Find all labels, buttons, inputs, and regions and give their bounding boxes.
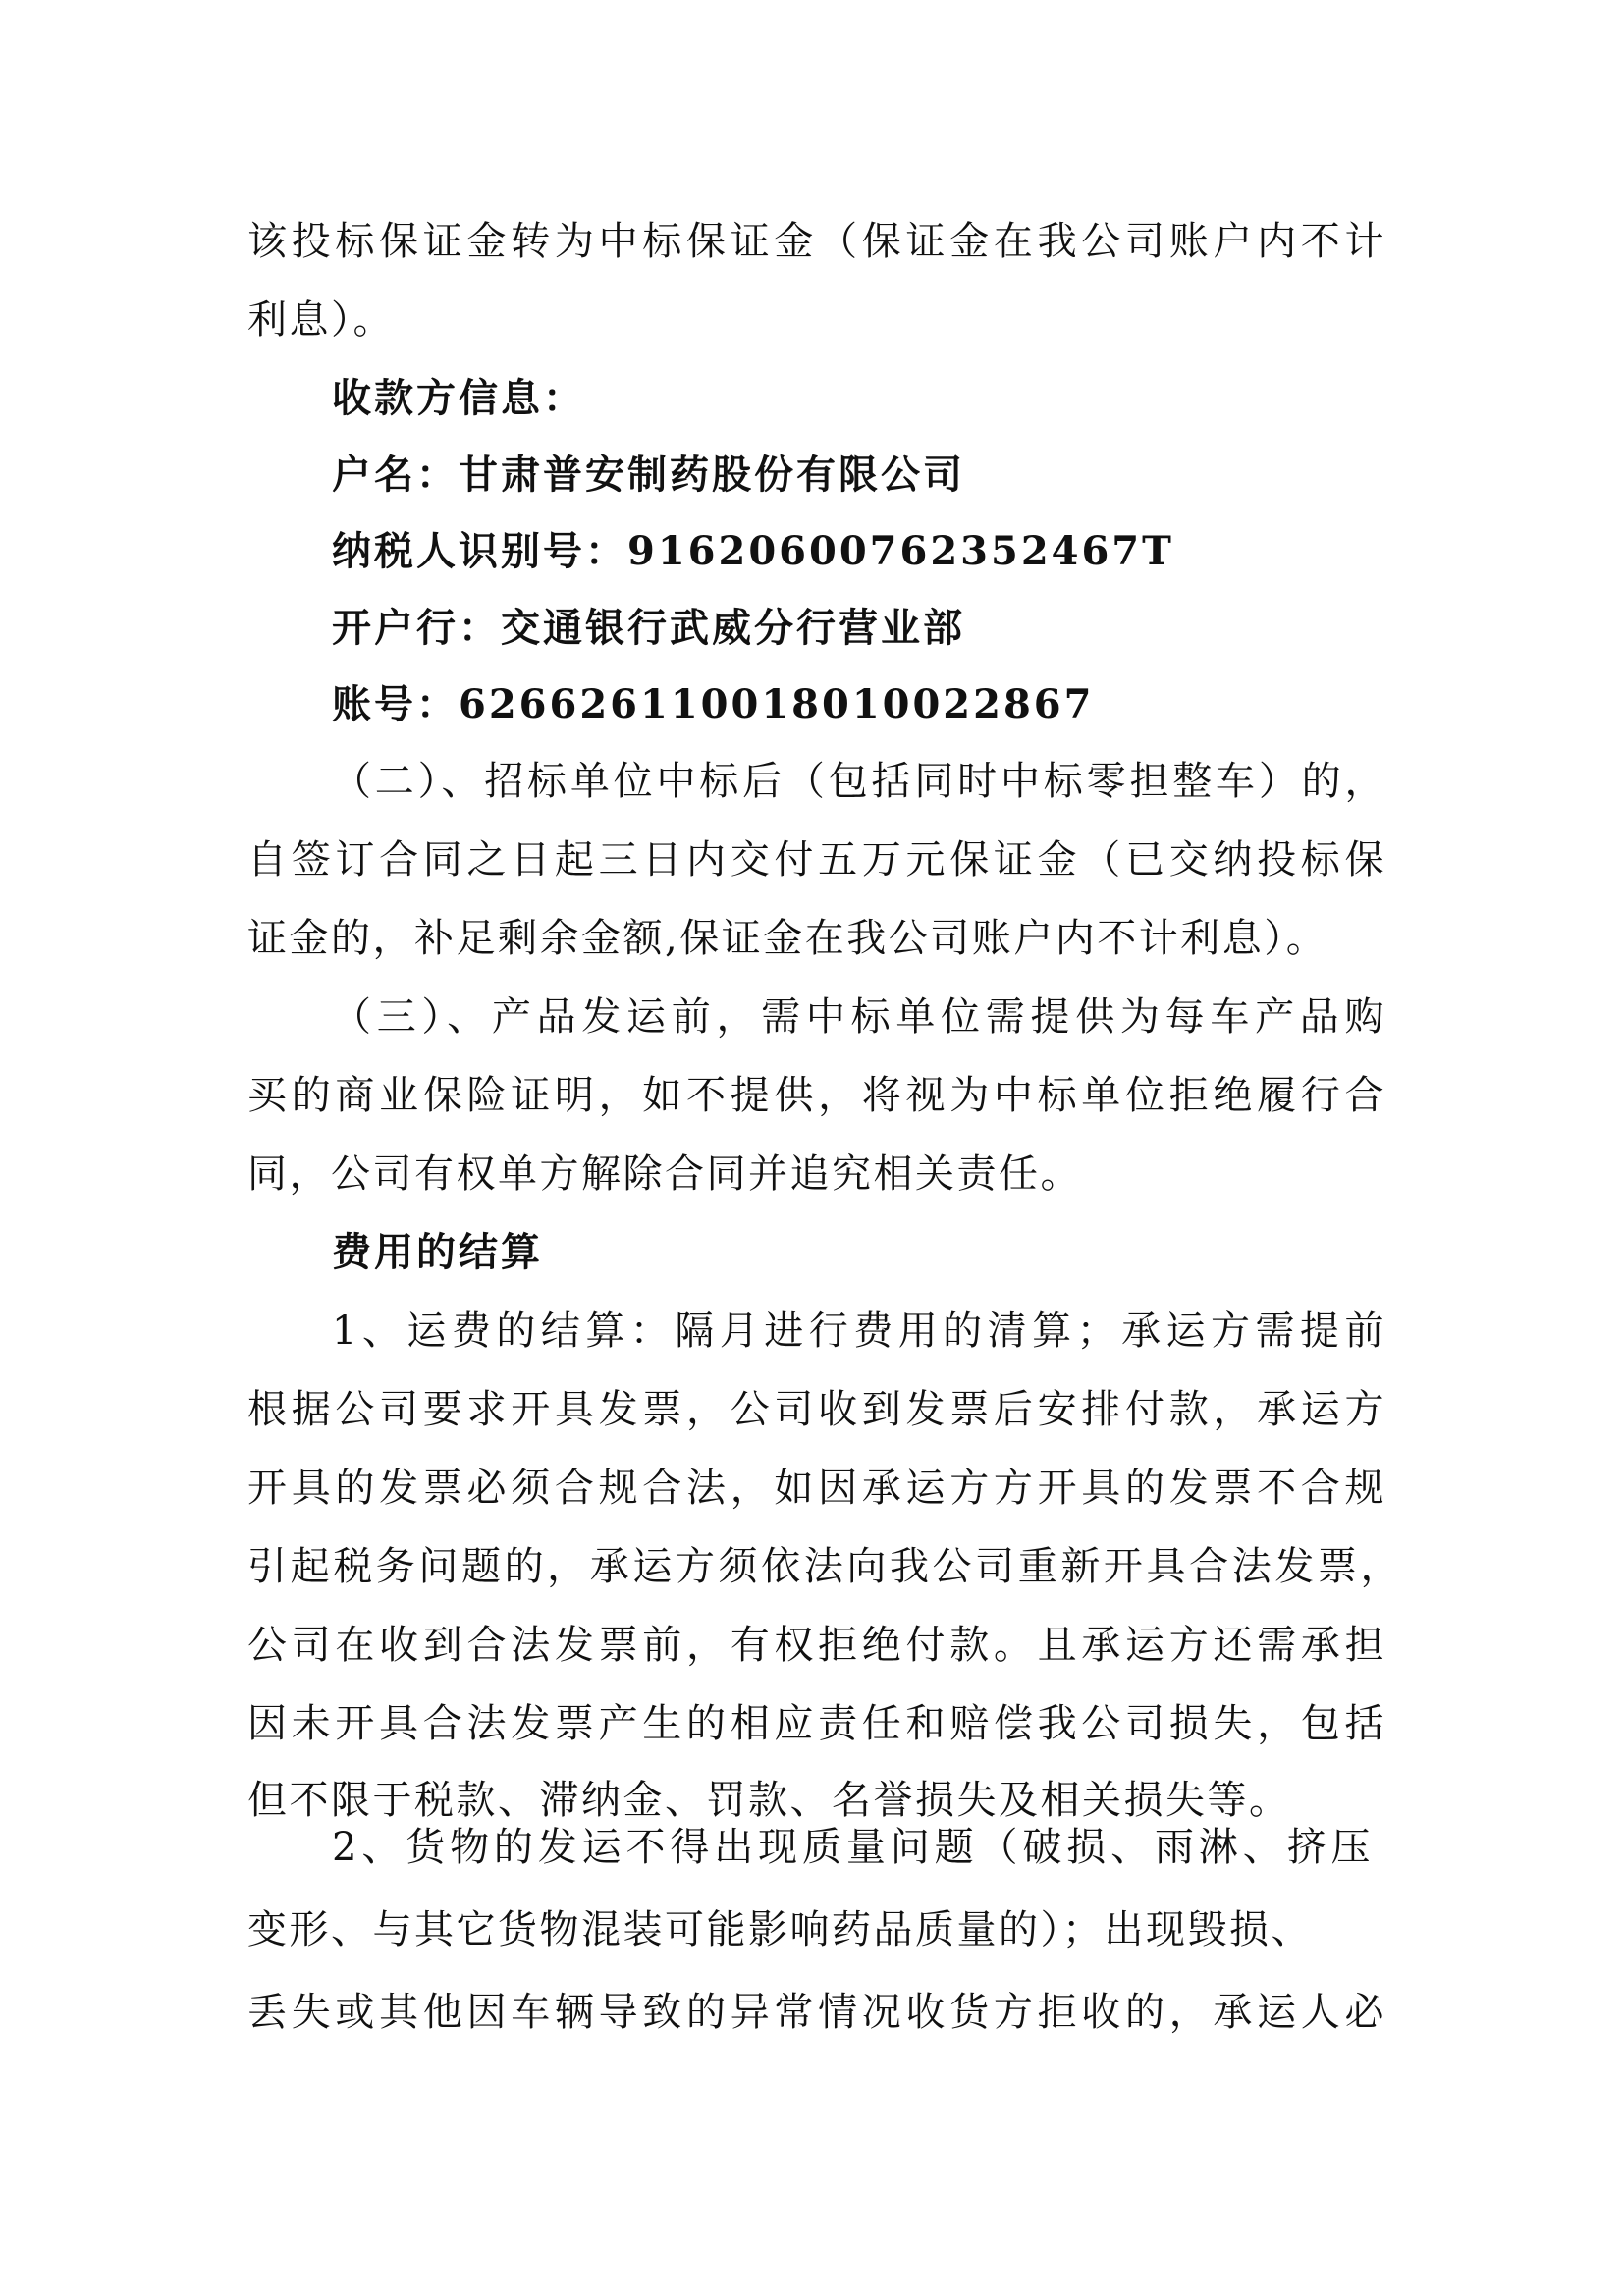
settlement-item-1-line: 公司在收到合法发票前，有权拒绝付款。且承运方还需承担 [247, 1622, 1386, 1669]
payee-account-number: 账号：626626110018010022867 [332, 681, 1471, 728]
settlement-item-2-line: 丢失或其他因车辆导致的异常情况收货方拒收的，承运人必 [247, 1989, 1386, 2036]
settlement-item-1-line: 但不限于税款、滞纳金、罚款、名誉损失及相关损失等。 [247, 1777, 1386, 1824]
settlement-item-2-line: 2、货物的发运不得出现质量问题（破损、雨淋、挤压 [332, 1824, 1373, 1871]
clause-3-line: 买的商业保险证明，如不提供，将视为中标单位拒绝履行合 [247, 1072, 1386, 1119]
payee-tax-id: 纳税人识别号：91620600762352467T [332, 528, 1471, 575]
settlement-item-1-line: 1、运费的结算：隔月进行费用的清算；承运方需提前 [332, 1308, 1386, 1355]
paragraph-line: 该投标保证金转为中标保证金（保证金在我公司账户内不计 [247, 218, 1386, 265]
settlement-item-2-line: 变形、与其它货物混装可能影响药品质量的）；出现毁损、 [247, 1906, 1386, 1953]
settlement-item-1-line: 因未开具合法发票产生的相应责任和赔偿我公司损失，包括 [247, 1700, 1386, 1747]
clause-2-line: 自签订合同之日起三日内交付五万元保证金（已交纳投标保 [247, 836, 1386, 883]
clause-3-line: 同，公司有权单方解除合同并追究相关责任。 [247, 1150, 1386, 1198]
document-page: 该投标保证金转为中标保证金（保证金在我公司账户内不计 利息）。 收款方信息： 户… [0, 0, 1624, 2296]
payee-info-heading: 收款方信息： [332, 375, 1471, 422]
settlement-item-1-line: 引起税务问题的，承运方须依法向我公司重新开具合法发票， [247, 1543, 1402, 1590]
payee-bank: 开户行：交通银行武威分行营业部 [332, 605, 1471, 652]
paragraph-line: 利息）。 [247, 296, 1386, 344]
settlement-item-1-line: 开具的发票必须合规合法，如因承运方方开具的发票不合规 [247, 1465, 1386, 1512]
section-heading-settlement: 费用的结算 [332, 1229, 1471, 1276]
clause-2-line: 证金的，补足剩余金额,保证金在我公司账户内不计利息）。 [247, 915, 1386, 962]
clause-2-line: （二）、招标单位中标后（包括同时中标零担整车）的， [332, 758, 1386, 805]
payee-account-name: 户名：甘肃普安制药股份有限公司 [332, 452, 1471, 499]
clause-3-line: （三）、产品发运前，需中标单位需提供为每车产品购 [332, 993, 1386, 1041]
settlement-item-1-line: 根据公司要求开具发票，公司收到发票后安排付款，承运方 [247, 1386, 1386, 1433]
